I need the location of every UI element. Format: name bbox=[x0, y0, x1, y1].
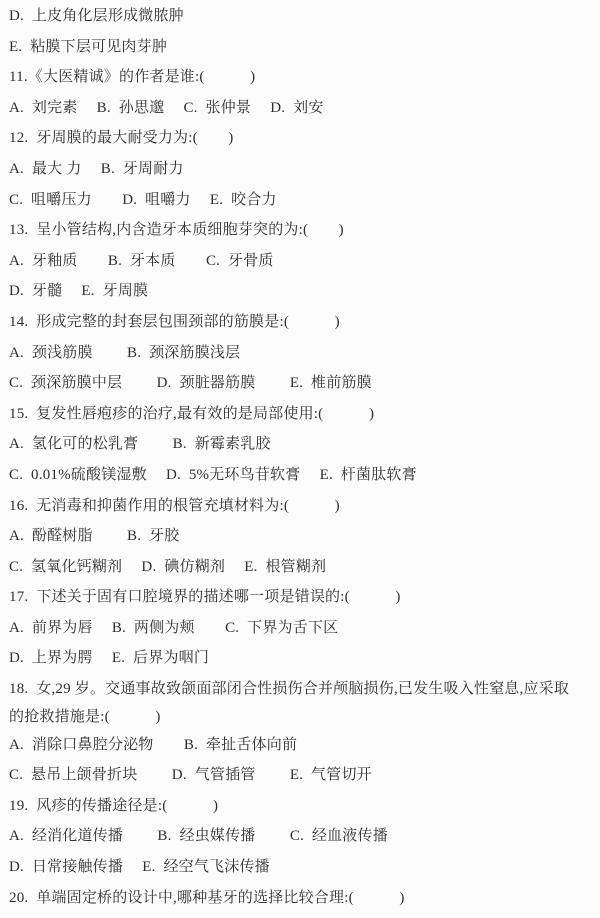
option-line: A. 氢化可的松乳膏 B. 新霉素乳胶 bbox=[9, 429, 596, 460]
question-line: 12. 牙周膜的最大耐受力为:( ) bbox=[9, 123, 596, 154]
question-line: 14. 形成完整的封套层包围颈部的筋膜是:( ) bbox=[9, 307, 596, 338]
option-line: C. 颈深筋膜中层 D. 颈脏器筋膜 E. 椎前筋膜 bbox=[9, 368, 596, 399]
option-line: C. 悬吊上颌骨折块 D. 气管插管 E. 气管切开 bbox=[9, 760, 596, 791]
question-line: 11.《大医精诚》的作者是谁:( ) bbox=[9, 62, 596, 93]
option-line: A. 消除口鼻腔分泌物 B. 牵扯舌体向前 bbox=[9, 730, 596, 761]
option-line: A. 酚醛树脂 B. 牙胶 bbox=[9, 521, 596, 552]
option-line: C. 咀嚼压力 D. 咀嚼力 E. 咬合力 bbox=[9, 185, 596, 216]
exam-document-page: D. 上皮角化层形成微脓肿E. 粘膜下层可见肉芽肿11.《大医精诚》的作者是谁:… bbox=[0, 0, 600, 918]
question-list: D. 上皮角化层形成微脓肿E. 粘膜下层可见肉芽肿11.《大医精诚》的作者是谁:… bbox=[9, 1, 596, 913]
option-line: A. 牙釉质 B. 牙本质 C. 牙骨质 bbox=[9, 246, 596, 277]
option-line: C. 0.01%硫酸镁湿敷 D. 5%无环鸟苷软膏 E. 杆菌肽软膏 bbox=[9, 460, 596, 491]
question-line: 15. 复发性唇疱疹的治疗,最有效的是局部使用:( ) bbox=[9, 399, 596, 430]
question-line: 13. 呈小管结构,内含造牙本质细胞芽突的为:( ) bbox=[9, 215, 596, 246]
question-line: 17. 下述关于固有口腔境界的描述哪一项是错误的:( ) bbox=[9, 582, 596, 613]
option-line: D. 日常接触传播 E. 经空气飞沫传播 bbox=[9, 852, 596, 883]
option-line: A. 最大𬌌 力 B. 牙周耐力 bbox=[9, 154, 596, 185]
option-line: A. 经消化道传播 B. 经虫媒传播 C. 经血液传播 bbox=[9, 821, 596, 852]
option-line: D. 牙髓 E. 牙周膜 bbox=[9, 276, 596, 307]
option-line: A. 刘完素 B. 孙思邈 C. 张仲景 D. 刘安 bbox=[9, 93, 596, 124]
option-line: E. 粘膜下层可见肉芽肿 bbox=[9, 32, 596, 63]
question-line: 20. 单端固定桥的设计中,哪种基牙的选择比较合理:( ) bbox=[9, 883, 596, 914]
option-line: D. 上界为腭 E. 后界为咽门 bbox=[9, 643, 596, 674]
option-line: A. 前界为唇 B. 两侧为颊 C. 下界为舌下区 bbox=[9, 613, 596, 644]
question-continuation-line: 的抢救措施是:( ) bbox=[9, 705, 596, 730]
question-line: 16. 无消毒和抑菌作用的根管充填材料为:( ) bbox=[9, 491, 596, 522]
question-line: 18. 女,29 岁。交通事故致颌面部闭合性损伤合并颅脑损伤,已发生吸入性窒息,… bbox=[9, 674, 596, 705]
option-line: A. 颈浅筋膜 B. 颈深筋膜浅层 bbox=[9, 338, 596, 369]
question-line: 19. 风疹的传播途径是:( ) bbox=[9, 791, 596, 822]
option-line: C. 氢氧化钙糊剂 D. 碘仿糊剂 E. 根管糊剂 bbox=[9, 552, 596, 583]
option-line: D. 上皮角化层形成微脓肿 bbox=[9, 1, 596, 32]
